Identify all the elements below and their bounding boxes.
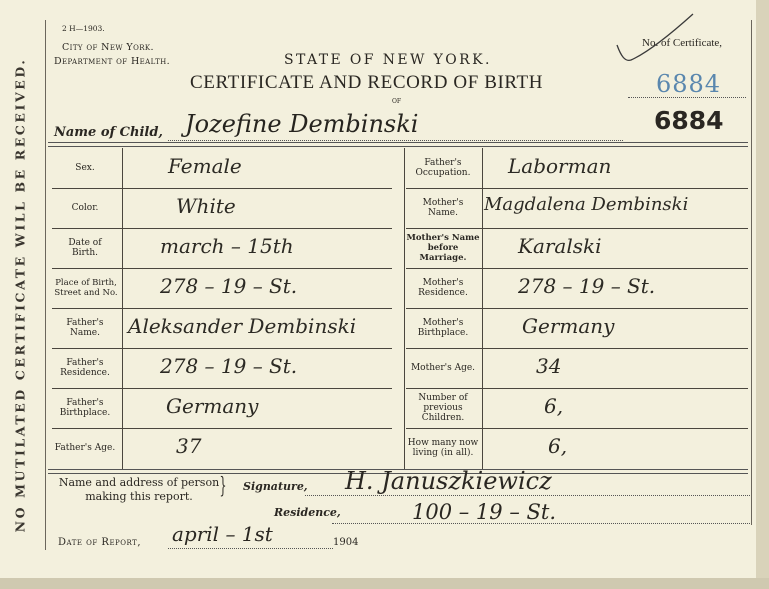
value-father-birthplace: Germany — [166, 394, 258, 418]
label-father-name: Father's Name. — [56, 308, 114, 348]
label-mother-name: Mother's Name. — [410, 188, 476, 228]
value-mother-maiden-name: Karalski — [518, 234, 602, 258]
side-notice-text: NO MUTILATED CERTIFICATE WILL BE RECEIVE… — [13, 58, 28, 533]
label-color: Color. — [48, 188, 122, 228]
label-date-of-birth: Date of Birth. — [56, 228, 114, 268]
value-mother-residence: 278 – 19 – St. — [518, 274, 655, 298]
certificate-number-stamp: 6884 — [656, 70, 721, 98]
header-rule — [48, 142, 748, 147]
issuer-city: City of New York. — [62, 42, 154, 53]
date-of-report-label: Date of Report, — [58, 537, 141, 548]
value-previous-children: 6, — [544, 394, 563, 418]
value-mother-birthplace: Germany — [522, 314, 614, 338]
date-of-report-value: april – 1st — [172, 522, 273, 546]
value-father-occupation: Laborman — [508, 154, 611, 178]
scan-right-edge — [756, 0, 769, 589]
reporter-label-line2: making this report. — [54, 490, 224, 504]
value-mother-name: Magdalena Dembinski — [484, 194, 688, 215]
value-sex: Female — [168, 154, 242, 178]
label-living-children: How many now living (in all). — [406, 428, 480, 468]
column-divider — [122, 148, 123, 470]
column-divider — [482, 148, 483, 470]
label-father-residence: Father's Residence. — [52, 348, 118, 388]
side-notice: NO MUTILATED CERTIFICATE WILL BE RECEIVE… — [6, 60, 34, 530]
label-mother-maiden-name: Mother's Name before Marriage. — [406, 228, 480, 268]
issuer-department: Department of Health. — [54, 56, 170, 67]
value-date-of-birth: march – 15th — [160, 234, 294, 258]
label-father-occupation: Father's Occupation. — [410, 148, 476, 188]
label-father-age: Father's Age. — [52, 428, 118, 468]
child-name-label: Name of Child, — [54, 125, 163, 140]
title-of: OF — [392, 98, 401, 105]
certificate-number-label: No. of Certificate, — [642, 37, 722, 49]
value-living-children: 6, — [548, 434, 567, 458]
label-mother-birthplace: Mother's Birthplace. — [410, 308, 476, 348]
label-mother-age: Mother's Age. — [410, 348, 476, 388]
birth-record-table: Sex. Female Color. White Date of Birth. … — [48, 148, 748, 470]
label-mother-residence: Mother's Residence. — [410, 268, 476, 308]
residence-value: 100 – 19 – St. — [412, 500, 556, 524]
value-father-age: 37 — [176, 434, 201, 458]
child-name-line — [168, 140, 623, 141]
label-father-birthplace: Father's Birthplace. — [52, 388, 118, 428]
reporter-label: Name and address of person making this r… — [54, 476, 224, 504]
column-divider — [404, 148, 405, 470]
date-of-report-year: 1904 — [333, 537, 358, 548]
brace-icon: } — [220, 476, 227, 498]
date-of-report-line — [168, 548, 333, 549]
value-mother-age: 34 — [536, 354, 561, 378]
value-place-of-birth: 278 – 19 – St. — [160, 274, 297, 298]
residence-label: Residence, — [274, 506, 341, 519]
label-place-of-birth: Place of Birth, Street and No. — [48, 268, 124, 308]
scan-bottom-edge — [0, 578, 769, 589]
reporter-label-line1: Name and address of person — [54, 476, 224, 490]
label-sex: Sex. — [48, 148, 122, 188]
certificate-number-line — [628, 97, 746, 98]
certificate-number-printed: 6884 — [654, 106, 724, 135]
state-heading: STATE OF NEW YORK. — [284, 52, 492, 68]
right-border-line — [751, 20, 752, 525]
value-color: White — [176, 194, 236, 218]
document-title: CERTIFICATE AND RECORD OF BIRTH — [190, 72, 543, 94]
signature-value: H. Januszkiewicz — [345, 467, 552, 495]
value-father-residence: 278 – 19 – St. — [160, 354, 297, 378]
signature-label: Signature, — [243, 480, 308, 493]
signature-line — [305, 495, 750, 496]
value-father-name: Aleksander Dembinski — [128, 314, 356, 338]
label-previous-children: Number of previous Children. — [410, 388, 476, 428]
form-number: 2 H—1903. — [62, 24, 105, 33]
left-border-line — [45, 20, 46, 550]
child-name-value: Jozefine Dembinski — [185, 110, 418, 138]
residence-line — [332, 523, 750, 524]
